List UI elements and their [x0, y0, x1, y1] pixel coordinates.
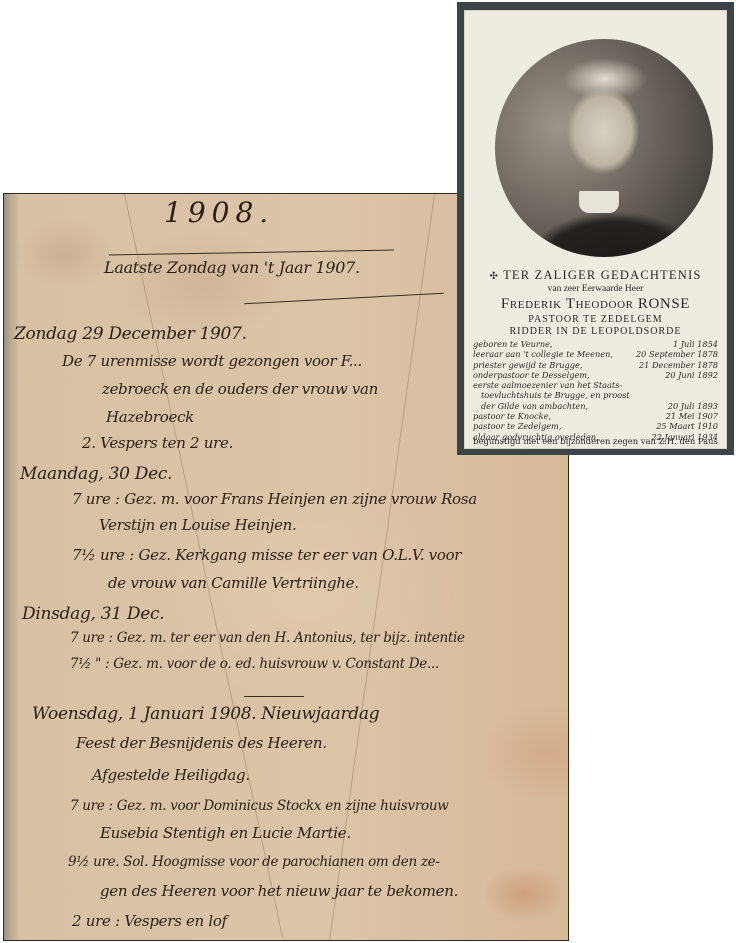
event-date: 25 Maart 1910	[656, 421, 718, 431]
papal-blessing: begunstigd met een bijzonderen zegen van…	[467, 436, 724, 446]
event-label: priester gewijd te Brugge,	[473, 360, 582, 370]
entry-line: Verstijn en Louise Heinjen.	[99, 516, 296, 534]
event-row: der Gilde van ambachten,20 Juli 1893	[473, 401, 718, 411]
event-row: pastoor te Knocke,21 Mei 1907	[473, 411, 718, 421]
event-row: priester gewijd te Brugge,21 December 18…	[473, 360, 718, 370]
entry-day-wednesday: Woensdag, 1 Januari 1908. Nieuwjaardag	[32, 704, 379, 724]
entry-line: De 7 urenmisse wordt gezongen voor F...	[62, 352, 362, 370]
event-label: geboren te Veurne,	[473, 339, 553, 349]
entry-line: 7½ " : Gez. m. voor de o. ed. huisvrouw …	[70, 656, 439, 672]
entry-day-sunday: Zondag 29 December 1907.	[14, 324, 247, 344]
card-honorific: van zeer Eerwaarde Heer	[465, 284, 726, 294]
portrait-photo	[495, 39, 713, 257]
event-row: geboren te Veurne,1 Juli 1854	[473, 339, 718, 349]
event-date: 20 Juni 1892	[665, 370, 718, 380]
section-divider	[244, 696, 304, 697]
entry-day-tuesday: Dinsdag, 31 Dec.	[22, 604, 164, 624]
cross-icon: ✣	[489, 271, 499, 282]
event-row: eerste aalmoezenier van het Staats-	[473, 380, 718, 390]
card-title-knight: RIDDER IN DE LEOPOLDSORDE	[465, 326, 726, 337]
subtitle-flourish	[244, 293, 444, 304]
entry-line: 7 ure : Gez. m. ter eer van den H. Anton…	[70, 630, 465, 646]
entry-line: Feest der Besnijdenis des Heeren.	[76, 734, 327, 752]
event-label: pastoor te Knocke,	[473, 411, 551, 421]
event-label: onderpastoor te Desselgem,	[473, 370, 590, 380]
entry-line: 7 ure : Gez. m. voor Frans Heinjen en zi…	[72, 490, 477, 508]
event-label: der Gilde van ambachten,	[473, 401, 588, 411]
entry-line: Afgestelde Heiligdag.	[92, 766, 250, 784]
card-name: Frederik Theodoor RONSE	[465, 296, 726, 313]
entry-line: Eusebia Stentigh en Lucie Martie.	[100, 824, 351, 842]
entry-line: de vrouw van Camille Vertriinghe.	[108, 574, 359, 592]
clerical-collar	[579, 191, 619, 213]
event-date: 1 Juli 1854	[673, 339, 718, 349]
entry-day-monday: Maandag, 30 Dec.	[20, 464, 172, 484]
event-date: 21 December 1878	[639, 360, 718, 370]
heading-underline	[109, 250, 394, 256]
entry-line: Hazebroeck	[106, 408, 194, 426]
event-label: pastoor te Zedelgem,	[473, 421, 561, 431]
card-heading-text: TER ZALIGER GEDACHTENIS	[503, 268, 701, 282]
event-date: 21 Mei 1907	[666, 411, 718, 421]
event-row: toevluchtshuis te Brugge, en proost	[473, 390, 718, 400]
event-date: 20 September 1878	[636, 349, 718, 359]
event-row: onderpastoor te Desselgem,20 Juni 1892	[473, 370, 718, 380]
entry-line: zebroeck en de ouders der vrouw van	[102, 380, 378, 398]
year-heading: 1908.	[164, 196, 274, 229]
event-label: leeraar aan 't collegie te Meenen,	[473, 349, 613, 359]
event-label: eerste aalmoezenier van het Staats-	[473, 380, 622, 390]
card-heading: ✣TER ZALIGER GEDACHTENIS	[465, 268, 726, 283]
subtitle: Laatste Zondag van 't Jaar 1907.	[104, 258, 360, 277]
event-row: pastoor te Zedelgem,25 Maart 1910	[473, 421, 718, 431]
event-date: 20 Juli 1893	[668, 401, 718, 411]
entry-line: gen des Heeren voor het nieuw jaar te be…	[100, 882, 458, 900]
entry-line: 7 ure : Gez. m. voor Dominicus Stockx en…	[70, 798, 449, 814]
entry-line: 9½ ure. Sol. Hoogmisse voor de parochian…	[68, 854, 440, 870]
card-title-pastor: PASTOOR TE ZEDELGEM	[465, 314, 726, 325]
memorial-card: ✣TER ZALIGER GEDACHTENIS van zeer Eerwaa…	[457, 2, 734, 455]
entry-line: 2. Vespers ten 2 ure.	[82, 434, 233, 452]
entry-line: 7½ ure : Gez. Kerkgang misse ter eer van…	[72, 546, 461, 564]
memorial-card-paper: ✣TER ZALIGER GEDACHTENIS van zeer Eerwaa…	[464, 10, 727, 449]
biography-events: geboren te Veurne,1 Juli 1854 leeraar aa…	[473, 339, 718, 442]
event-label: toevluchtshuis te Brugge, en proost	[473, 390, 630, 400]
entry-line: 2 ure : Vespers en lof	[72, 912, 227, 930]
event-row: leeraar aan 't collegie te Meenen,20 Sep…	[473, 349, 718, 359]
